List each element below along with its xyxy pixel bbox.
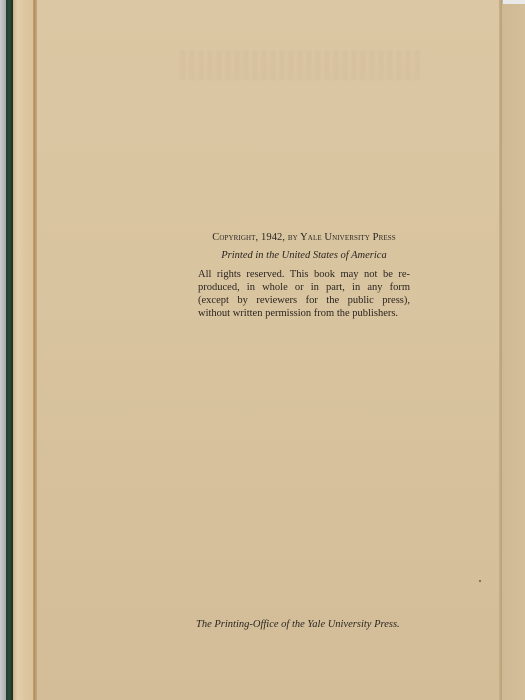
rights-line: All rights reserved. This book may not b… bbox=[198, 268, 410, 281]
printed-in-notice: Printed in the United States of America bbox=[198, 250, 410, 261]
rights-line: produced, in whole or in part, in any fo… bbox=[198, 281, 410, 294]
rights-line: (except by reviewers for the public pres… bbox=[198, 294, 410, 307]
printer-imprint: The Printing-Office of the Yale Universi… bbox=[196, 619, 411, 630]
book-photo: Copyright, 1942, by Yale University Pres… bbox=[0, 0, 525, 700]
copyright-block: Copyright, 1942, by Yale University Pres… bbox=[198, 232, 410, 320]
background-corner bbox=[503, 0, 525, 4]
rights-line: without written permission from the publ… bbox=[198, 307, 410, 320]
paper-speck bbox=[479, 580, 481, 582]
show-through-text bbox=[180, 50, 420, 80]
copyright-notice: Copyright, 1942, by Yale University Pres… bbox=[198, 232, 410, 243]
book-cover-edge bbox=[6, 0, 13, 700]
copyright-page bbox=[37, 0, 501, 700]
page-fold-line bbox=[33, 0, 36, 700]
facing-page-edge bbox=[502, 3, 525, 700]
page-right-edge bbox=[499, 0, 502, 700]
rights-reserved-text: All rights reserved. This book may not b… bbox=[198, 268, 410, 320]
